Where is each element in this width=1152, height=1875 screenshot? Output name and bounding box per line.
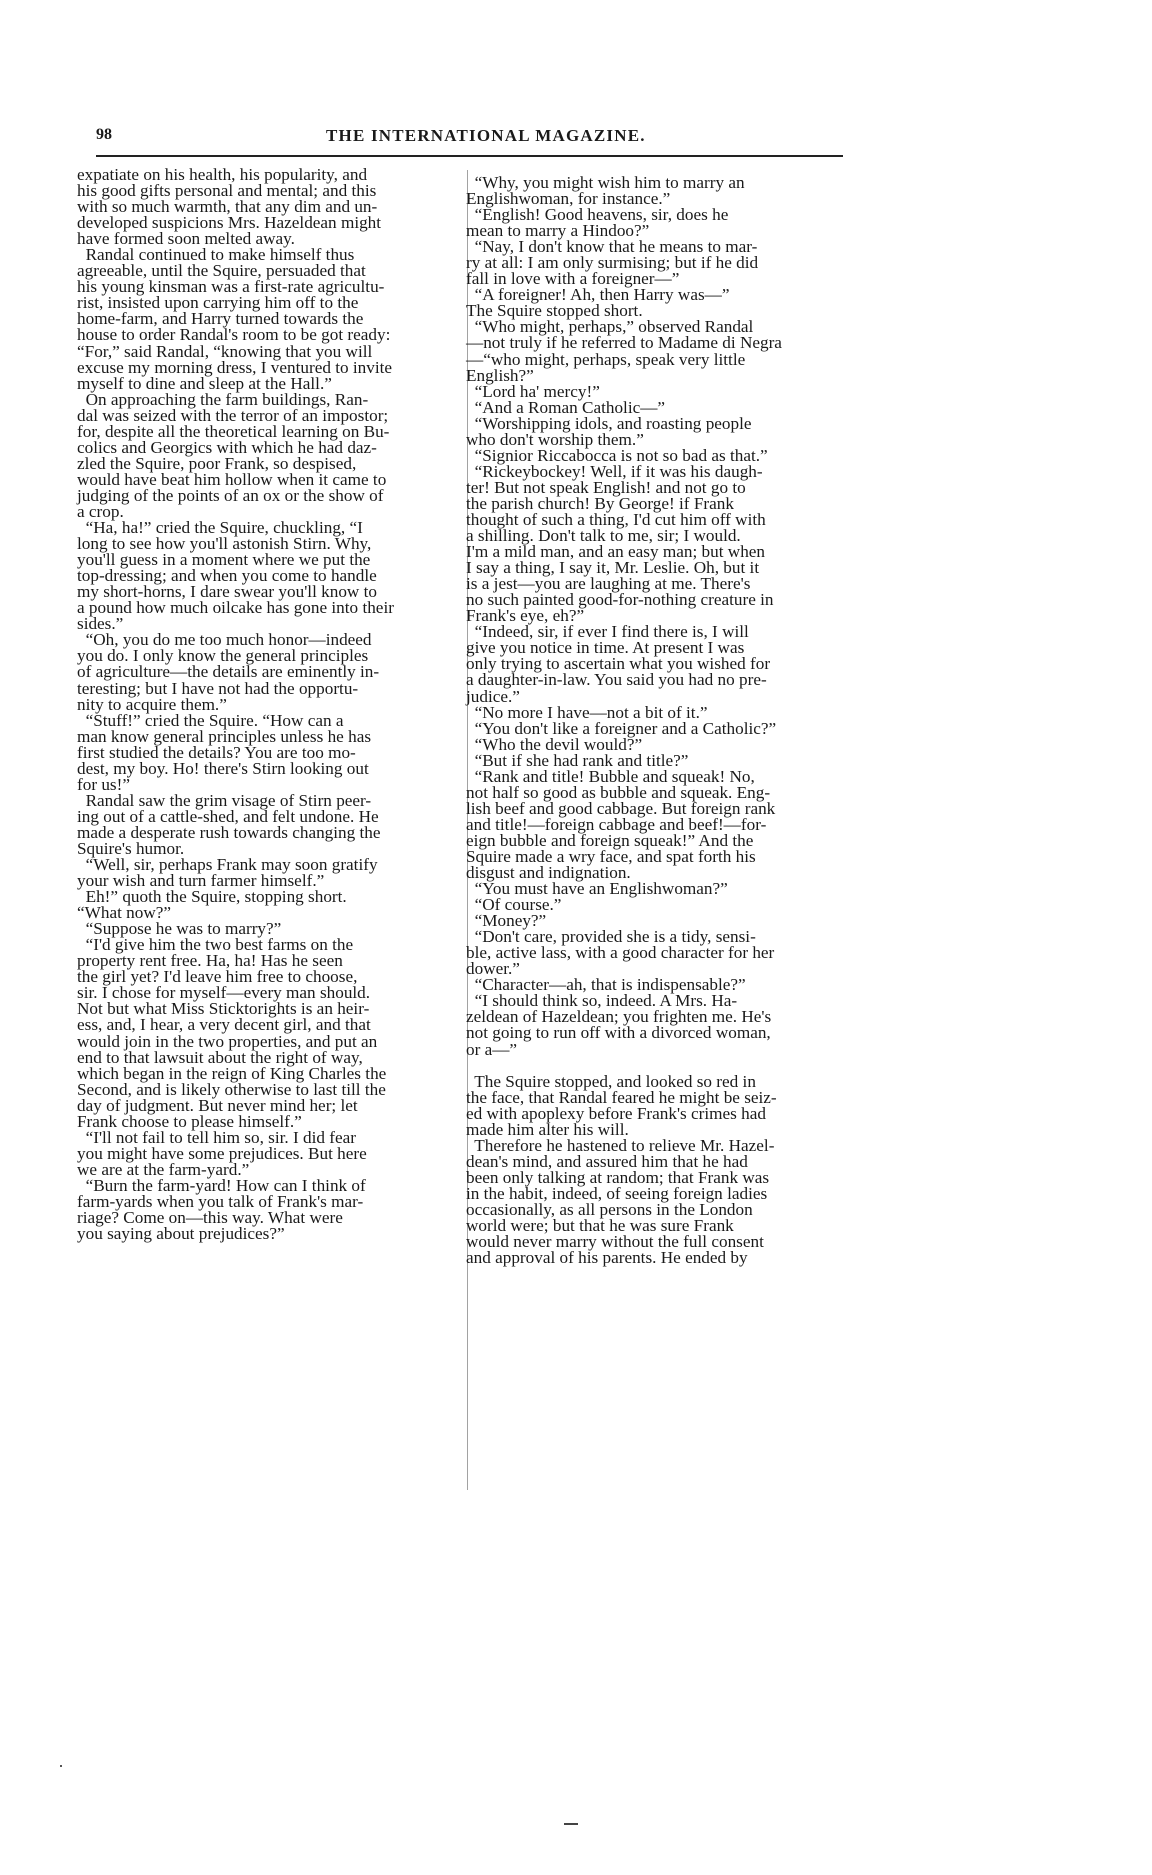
- text-line: a daughter-in-law. You said you had no p…: [466, 672, 858, 688]
- left-column: expatiate on his health, his popularity,…: [77, 167, 469, 1242]
- text-line: and approval of his parents. He ended by: [466, 1250, 858, 1266]
- header-rule: [96, 155, 843, 157]
- right-column: “Why, you might wish him to marry anEngl…: [466, 175, 858, 1266]
- text-line: ble, active lass, with a good character …: [466, 945, 858, 961]
- text-line: you saying about prejudices?”: [77, 1226, 469, 1242]
- page-number: 98: [96, 126, 112, 144]
- text-line: not going to run off with a divorced wom…: [466, 1025, 858, 1041]
- text-line: a pound how much oilcake has gone into t…: [77, 600, 469, 616]
- text-line: or a—”: [466, 1042, 858, 1058]
- running-header: 98 THE INTERNATIONAL MAGAZINE.: [96, 126, 838, 148]
- magazine-page: 98 THE INTERNATIONAL MAGAZINE. expatiate…: [0, 0, 1152, 1875]
- text-line: dest, my boy. Ho! there's Stirn looking …: [77, 761, 469, 777]
- scan-speck: [60, 1765, 62, 1767]
- text-line: judging of the points of an ox or the sh…: [77, 488, 469, 504]
- footer-mark: [564, 1823, 578, 1825]
- magazine-title: THE INTERNATIONAL MAGAZINE.: [326, 126, 646, 146]
